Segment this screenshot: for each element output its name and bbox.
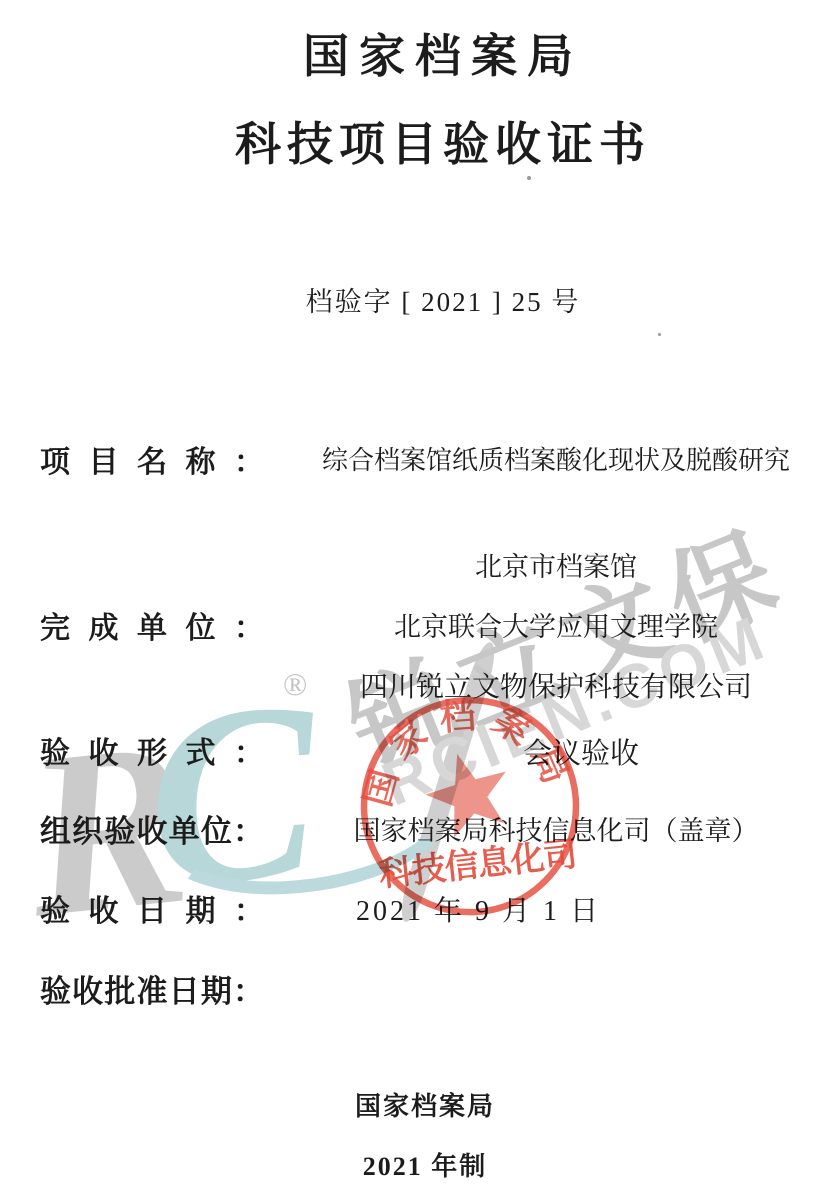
project-name-label: 项目名称：	[40, 437, 264, 481]
certificate-title: 科技项目验收证书	[66, 108, 820, 174]
document-number: 档验字 [ 2021 ] 25 号	[66, 280, 820, 319]
approval-date-label: 验收批准日期：	[40, 966, 264, 1011]
issuer-title: 国家档案局	[66, 20, 820, 86]
completion-unit-3: 四川锐立文物保护科技有限公司	[320, 665, 792, 705]
acceptance-date-value: 2021 年 9 月 1 日	[320, 889, 792, 929]
certificate-page: R C ® 锐立文保 RCIEN.COM 国家档案局 科技项目验收证书 档验字 …	[0, 0, 820, 1186]
acceptance-date-label: 验收日期：	[40, 886, 264, 930]
project-name-value: 综合档案馆纸质档案酸化现状及脱酸研究	[320, 440, 792, 477]
completion-units-label: 完成单位：	[40, 603, 264, 647]
acceptance-form-value: 会议验收	[320, 731, 792, 772]
certificate-content: 国家档案局 科技项目验收证书 档验字 [ 2021 ] 25 号 项目名称： 综…	[0, 0, 820, 1186]
organizing-unit-label: 组织验收单位：	[40, 806, 264, 851]
footer-issuer: 国家档案局	[30, 1086, 820, 1123]
completion-unit-2: 北京联合大学应用文理学院	[320, 605, 792, 644]
completion-unit-1: 北京市档案馆	[320, 545, 792, 584]
organizing-unit-value: 国家档案局科技信息化司（盖章）	[320, 809, 792, 848]
acceptance-form-label: 验收形式：	[40, 728, 264, 772]
footer-made-year: 2021 年制	[30, 1146, 820, 1183]
